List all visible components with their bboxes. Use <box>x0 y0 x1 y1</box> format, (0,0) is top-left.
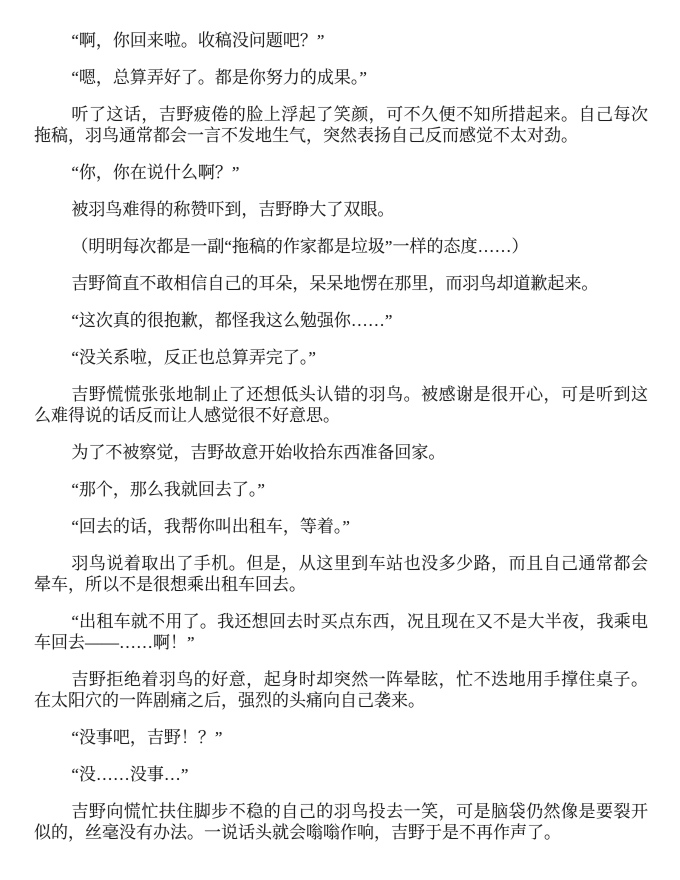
paragraph: 吉野拒绝着羽鸟的好意，起身时却突然一阵晕眩，忙不迭地用手撑住桌子。在太阳穴的一阵… <box>34 669 648 711</box>
paragraph: 吉野慌慌张张地制止了还想低头认错的羽鸟。被感谢是很开心，可是听到这么难得说的话反… <box>34 384 648 426</box>
paragraph: “啊，你回来啦。收稿没问题吧？” <box>34 30 648 51</box>
paragraph: 被羽鸟难得的称赞吓到，吉野睁大了双眼。 <box>34 199 648 220</box>
paragraph: “这次真的很抱歉，都怪我这么勉强你……” <box>34 310 648 331</box>
paragraph: “那个，那么我就回去了。” <box>34 479 648 500</box>
paragraph: “没关系啦，反正也总算弄完了。” <box>34 347 648 368</box>
paragraph: “你，你在说什么啊？” <box>34 162 648 183</box>
novel-page: “啊，你回来啦。收稿没问题吧？” “嗯，总算弄好了。都是你努力的成果。” 听了这… <box>0 0 680 880</box>
paragraph: （明明每次都是一副“拖稿的作家都是垃圾”一样的态度……） <box>34 236 648 257</box>
paragraph: 听了这话，吉野疲倦的脸上浮起了笑颜，可不久便不知所措起来。自己每次拖稿，羽鸟通常… <box>34 104 648 146</box>
paragraph: 为了不被察觉，吉野故意开始收拾东西准备回家。 <box>34 442 648 463</box>
paragraph: “没……没事…” <box>34 764 648 785</box>
paragraph: 羽鸟说着取出了手机。但是，从这里到车站也没多少路，而且自己通常都会晕车，所以不是… <box>34 553 648 595</box>
paragraph: “没事吧，吉野！？” <box>34 727 648 748</box>
paragraph: “回去的话，我帮你叫出租车，等着。” <box>34 516 648 537</box>
paragraph: 吉野简直不敢相信自己的耳朵，呆呆地愣在那里，而羽鸟却道歉起来。 <box>34 273 648 294</box>
paragraph: 吉野向慌忙扶住脚步不稳的自己的羽鸟投去一笑，可是脑袋仍然像是要裂开似的，丝毫没有… <box>34 801 648 843</box>
paragraph: “嗯，总算弄好了。都是你努力的成果。” <box>34 67 648 88</box>
paragraph: “出租车就不用了。我还想回去时买点东西，况且现在又不是大半夜，我乘电车回去——…… <box>34 611 648 653</box>
